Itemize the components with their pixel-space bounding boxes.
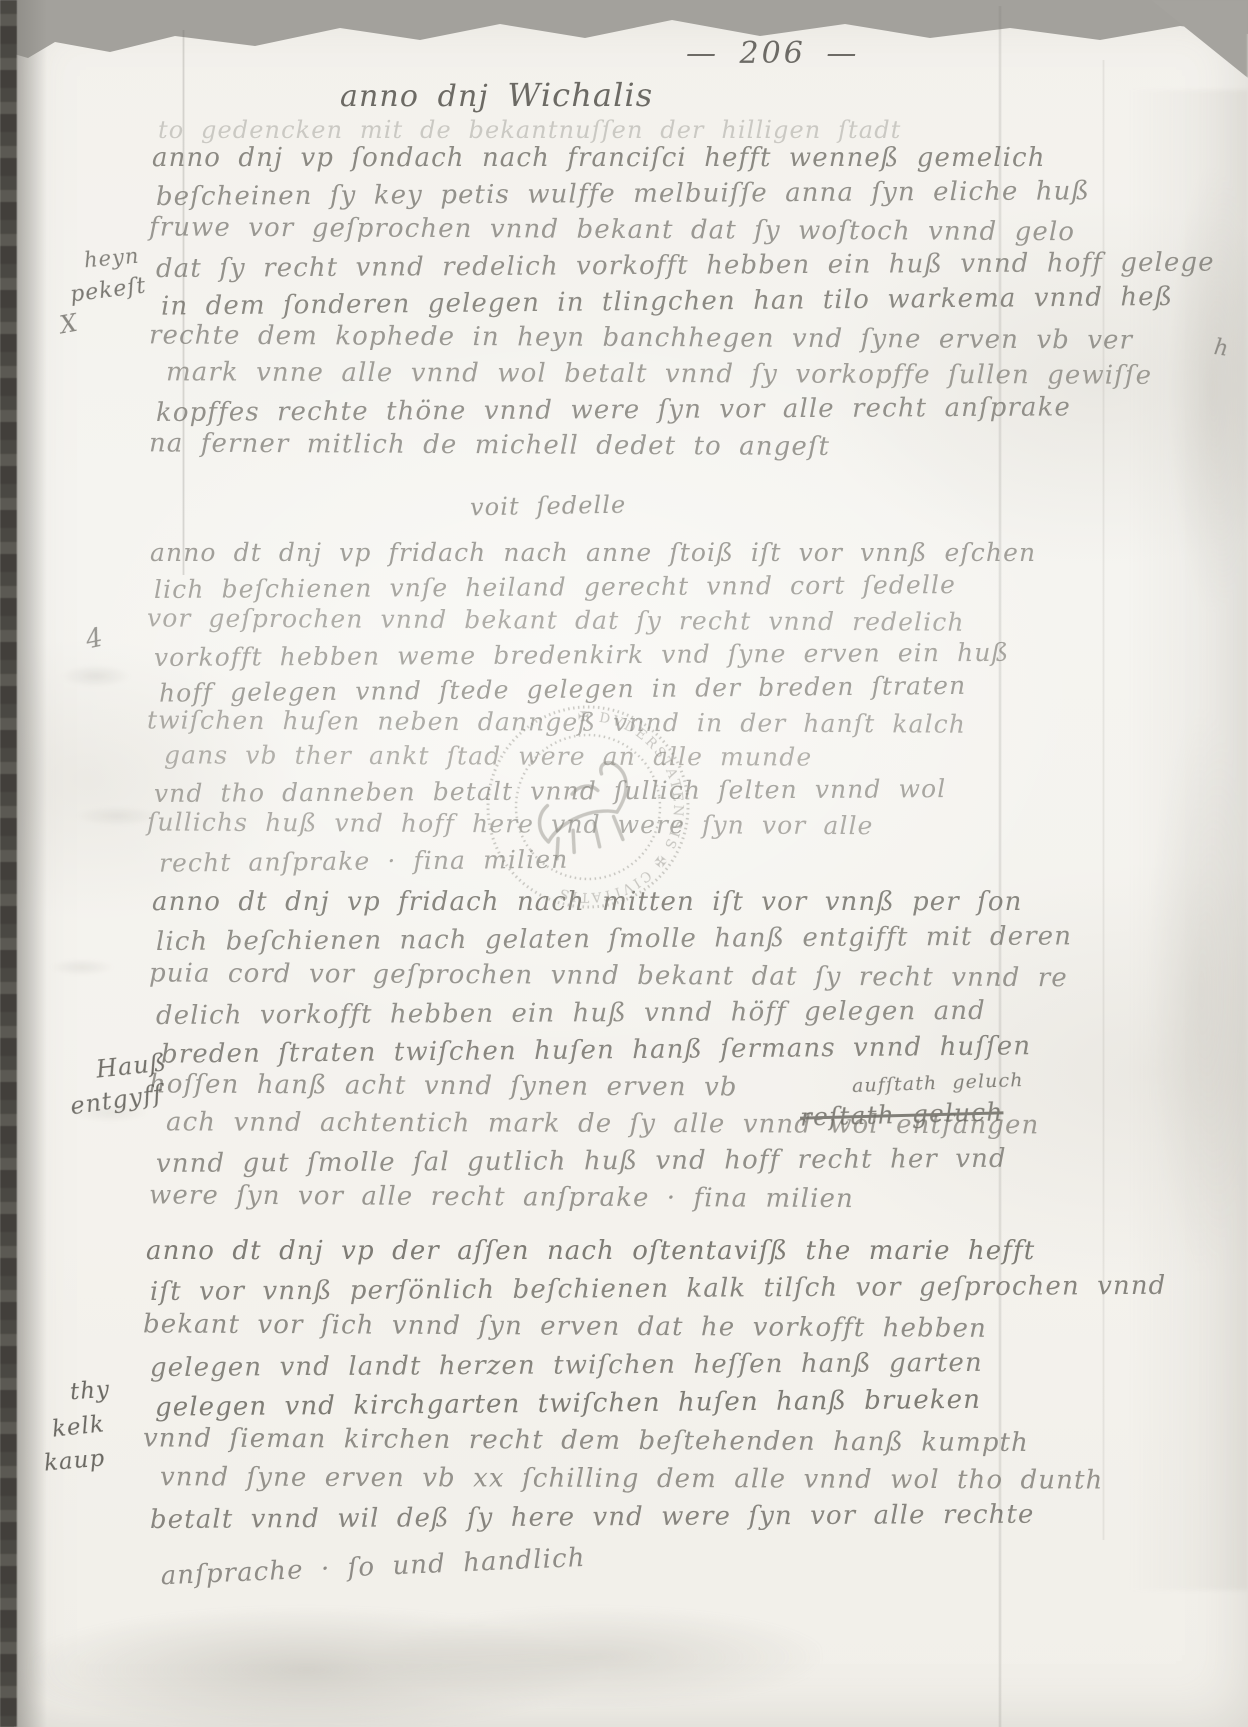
record-entry-3: anno dt dnj vp fridach nach mitten iſt v…	[152, 884, 1132, 1217]
handwritten-line: vor geſprochen vnnd bekant dat ſy recht …	[147, 601, 1127, 640]
handwritten-line: anno dnj vp ſondach nach franciſci hefft…	[152, 140, 1132, 176]
heading-word-michaelis: Wichalis	[507, 76, 653, 114]
seal-lion-figure	[532, 760, 635, 860]
handwritten-line: anno dt dnj vp fridach nach anne ſtoiß i…	[150, 536, 1130, 570]
struck-out-word: reſtath geluch	[800, 1097, 1004, 1131]
record-entry-4: anno dt dnj vp der aſſen nach oſtentaviſ…	[146, 1232, 1146, 1574]
seal-inner-beaded-ring	[507, 726, 670, 889]
book-gutter-edge	[0, 0, 17, 1727]
heading-word-dnj: dnj	[438, 79, 489, 114]
page-number: — 206 —	[686, 36, 859, 71]
interline-note: voit ſedelle	[470, 491, 627, 522]
margin-note-3-line-3: kaup	[43, 1445, 106, 1476]
handwritten-line: puia cord vor geſprochen vnnd bekant dat…	[149, 955, 1129, 997]
record-entry-1: anno dnj vp ſondach nach franciſci hefft…	[152, 140, 1132, 464]
entry-heading: anno dnj Wichalis	[340, 76, 653, 114]
margin-note-3-line-2: kelk	[51, 1411, 106, 1442]
seal-ring-text: ✠ DVDERSTATENSIS ✠ CIVITATIS	[530, 696, 699, 910]
handwritten-line: bekant vor ſich vnnd ſyn erven dat he vo…	[143, 1305, 1143, 1348]
heading-word-anno: anno	[340, 79, 419, 114]
handwritten-line: kopffes rechte thöne vnnd were ſyn vor a…	[156, 389, 1136, 431]
handwritten-line: iſt vor vnnß perſönlich beſchienen kalk …	[150, 1267, 1150, 1311]
city-seal-stamp: ✠ DVDERSTATENSIS ✠ CIVITATIS	[460, 681, 717, 933]
handwritten-line: lich beſchienen nach gelaten ſmolle hanß…	[156, 918, 1136, 961]
handwritten-line: vnnd ſyne erven vb xx ſchilling dem alle…	[160, 1458, 1160, 1499]
margin-note-3-line-1: thy	[69, 1377, 111, 1406]
handwritten-line: na ferner mitlich de michell dedet to an…	[149, 425, 1129, 466]
seal-outer-beaded-ring	[475, 694, 701, 920]
handwritten-line: betalt vnnd wil deß ſy here vnd were ſyn…	[150, 1495, 1150, 1539]
handwritten-line: lich beſchienen vnſe heiland gerecht vnn…	[154, 567, 1134, 607]
handwritten-line: rechte dem kophede in heyn banchhegen vn…	[149, 317, 1129, 358]
handwritten-line: vnnd ſieman kirchen recht dem beſtehende…	[143, 1419, 1143, 1462]
handwritten-line: anno dt dnj vp der aſſen nach oſtentaviſ…	[146, 1232, 1146, 1270]
handwritten-line: vnnd gut ſmolle ſal gutlich huß vnd hoff…	[156, 1140, 1136, 1183]
manuscript-scan-page: — 206 — anno dnj Wichalis to gedencken m…	[0, 0, 1248, 1727]
handwritten-line: beſcheinen ſy key petis wulffe melbuiſſe…	[156, 173, 1136, 215]
margin-note-1-line-1: heyn	[83, 244, 140, 273]
handwritten-line: fruwe vor geſprochen vnnd bekant dat ſy …	[149, 209, 1129, 250]
bottom-water-stain	[30, 1600, 820, 1727]
handwritten-line: were ſyn vor alle recht anſprake · fina …	[149, 1177, 1129, 1219]
handwritten-line: mark vnne alle vnnd wol betalt vnnd ſy v…	[166, 354, 1146, 393]
